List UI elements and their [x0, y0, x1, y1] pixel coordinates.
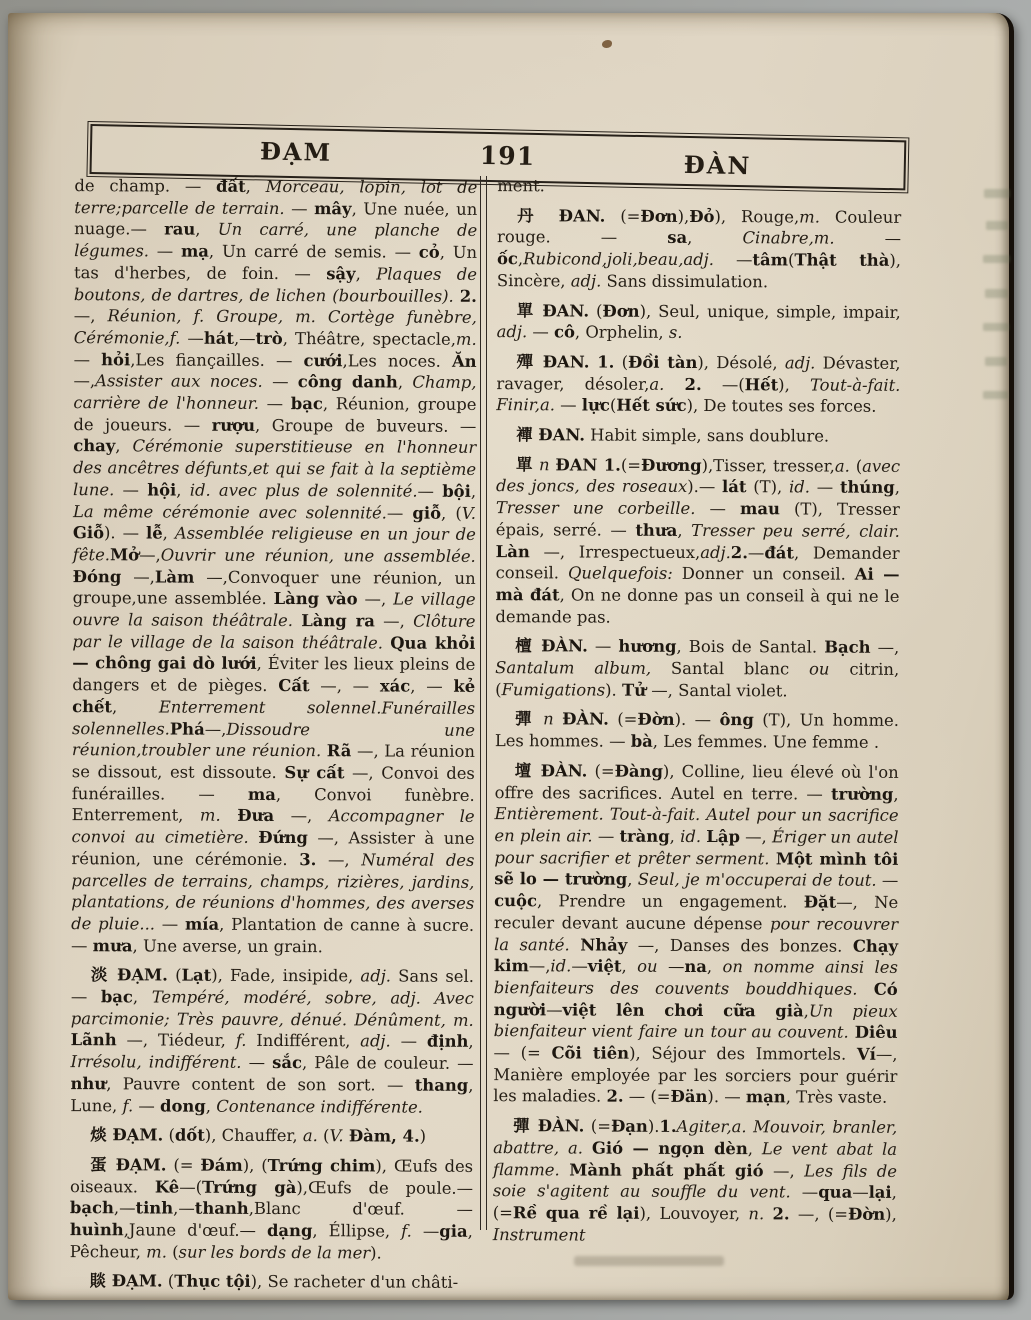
bleed-through-mark — [985, 289, 1008, 298]
bleed-through-text-smudge — [574, 1256, 724, 1266]
bleed-through-mark — [983, 323, 1009, 331]
dictionary-paragraph: 彈 n ĐÀN. (=Đờn). — ông (T), Un homme. Le… — [495, 709, 899, 754]
page-number: 191 — [480, 141, 536, 171]
dictionary-paragraph: de champ. — đất, Morceau, lopin, lot de … — [71, 175, 477, 958]
dictionary-paragraph: 襌 ĐAN. Habit simple, sans doublure. — [496, 424, 900, 447]
dictionary-paragraph: 殫 ĐAN. 1. (Đồi tàn), Désolé, adj. Dévast… — [496, 351, 900, 418]
running-head-left-word: ĐẠM — [260, 136, 333, 166]
bleed-through-mark — [986, 221, 1008, 230]
right-column: ment.丹 ĐAN. (=Đơn),Đỏ), Rouge,m. Couleur… — [493, 175, 902, 1247]
dictionary-paragraph: 壇 ĐÀN. (=Đàng), Colline, lieu élevé où l… — [493, 760, 899, 1109]
dictionary-paragraph: 彈 ĐÀN. (=Đạn).1.Agiter,a. Mouvoir, branl… — [493, 1115, 898, 1247]
column-divider-rule — [480, 176, 487, 1230]
dictionary-paragraph: 淡 ĐẠM. (Lạt), Fade, insipide, adj. Sans … — [70, 964, 474, 1118]
dictionary-paragraph: 㷋 ĐẠM. (dốt), Chauffer, a. (V. Đàm, 4.) — [70, 1124, 473, 1147]
dictionary-paragraph: 單 ĐAN. (Đơn), Seul, unique, simple, impa… — [497, 300, 901, 345]
dictionary-paragraph: 單 n ĐAN 1.(=Đương),Tisser, tresser,a. (a… — [495, 454, 900, 629]
bleed-through-mark — [983, 255, 1010, 263]
bleed-through-mark — [984, 189, 1010, 198]
bleed-through-mark — [983, 391, 1008, 399]
dictionary-paragraph: 蛋 ĐẠM. (= Đám), (Trứng chim), Œufs des o… — [70, 1154, 473, 1264]
dictionary-paragraph: ment. — [497, 175, 901, 198]
dictionary-paragraph: 賧 ĐẠM. (Thục tội), Se racheter d'un chât… — [70, 1271, 473, 1294]
bleed-through-mark — [985, 357, 1007, 366]
ink-speck — [602, 40, 612, 48]
left-column: de champ. — đất, Morceau, lopin, lot de … — [70, 175, 478, 1294]
dictionary-paragraph: 檀 ĐÀN. — hương, Bois de Santal. Bạch —, … — [495, 635, 899, 702]
dictionary-paragraph: 丹 ĐAN. (=Đơn),Đỏ), Rouge,m. Couleur roug… — [497, 205, 901, 294]
book-page: ĐẠM 191 ĐÀN de champ. — đất, Morceau, lo… — [8, 13, 1014, 1300]
